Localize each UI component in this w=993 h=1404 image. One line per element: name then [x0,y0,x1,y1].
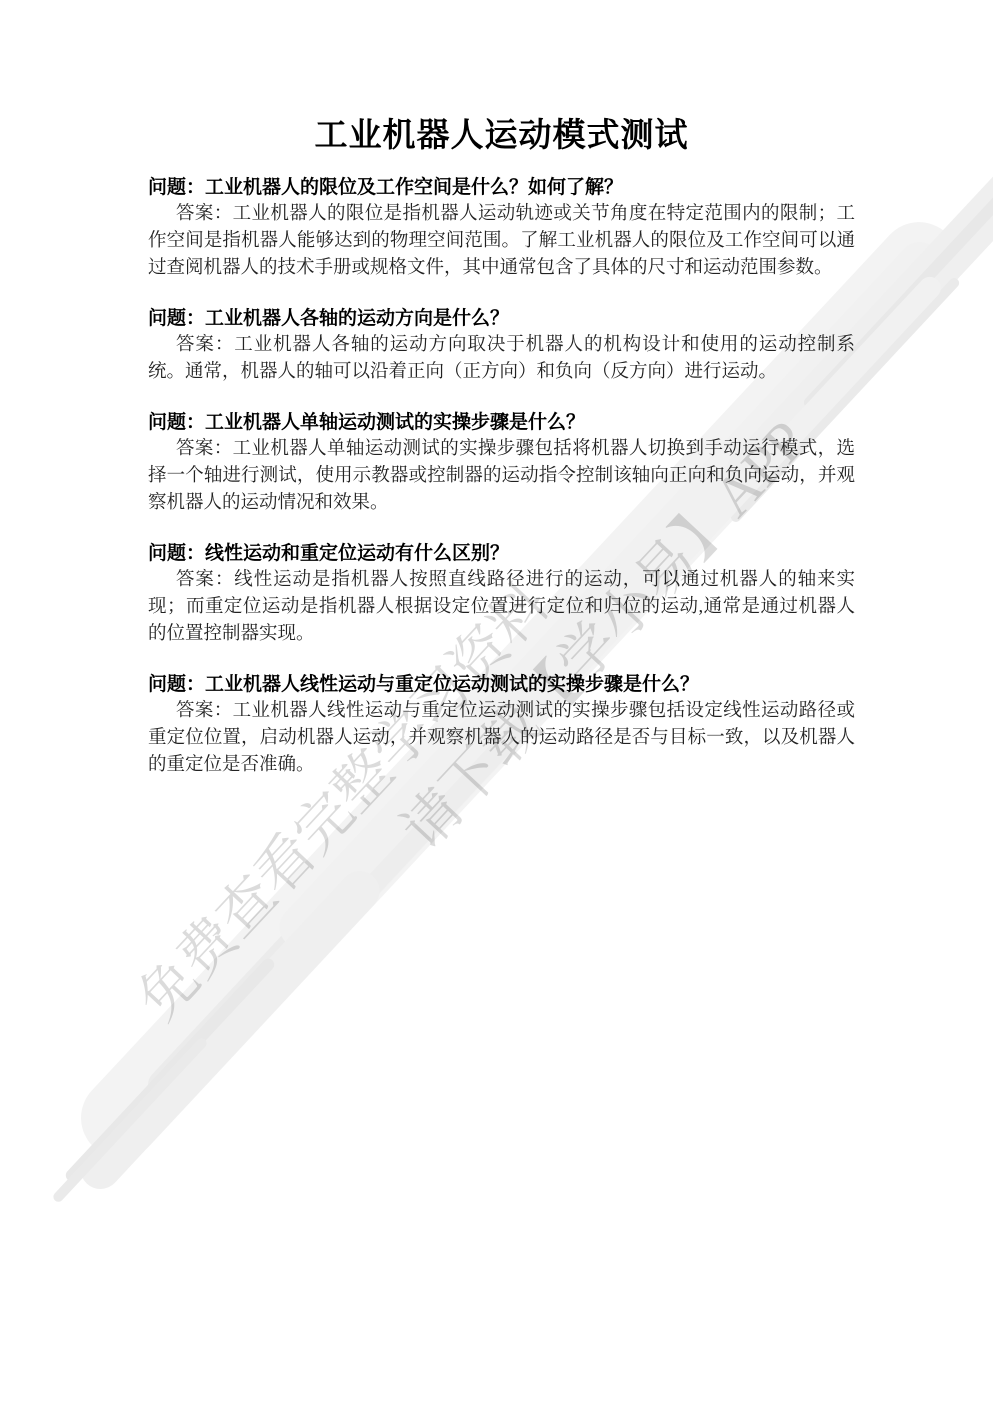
answer-text: 答案：工业机器人的限位是指机器人运动轨迹或关节角度在特定范围内的限制；工作空间是… [148,201,855,282]
question-text: 问题：工业机器人的限位及工作空间是什么？如何了解？ [148,174,855,201]
qa-section-4: 问题：线性运动和重定位运动有什么区别？ 答案：线性运动是指机器人按照直线路径进行… [148,540,855,648]
document-content: 工业机器人运动模式测试 问题：工业机器人的限位及工作空间是什么？如何了解？ 答案… [0,0,993,779]
brush-stroke [63,956,276,1184]
answer-text: 答案：线性运动是指机器人按照直线路径进行的运动，可以通过机器人的轴来实现；而重定… [148,567,855,648]
document-page: 免费查看完整学习资料 请下载【学小易】APP 工业机器人运动模式测试 问题：工业… [0,0,993,1404]
qa-section-3: 问题：工业机器人单轴运动测试的实操步骤是什么？ 答案：工业机器人单轴运动测试的实… [148,409,855,517]
page-title: 工业机器人运动模式测试 [148,112,855,158]
answer-text: 答案：工业机器人线性运动与重定位运动测试的实操步骤包括设定线性运动路径或重定位位… [148,698,855,779]
question-text: 问题：工业机器人单轴运动测试的实操步骤是什么？ [148,409,855,436]
qa-section-5: 问题：工业机器人线性运动与重定位运动测试的实操步骤是什么？ 答案：工业机器人线性… [148,671,855,779]
question-text: 问题：线性运动和重定位运动有什么区别？ [148,540,855,567]
question-text: 问题：工业机器人线性运动与重定位运动测试的实操步骤是什么？ [148,671,855,698]
qa-section-2: 问题：工业机器人各轴的运动方向是什么？ 答案：工业机器人各轴的运动方向取决于机器… [148,305,855,386]
answer-text: 答案：工业机器人单轴运动测试的实操步骤包括将机器人切换到手动运行模式，选择一个轴… [148,436,855,517]
qa-section-1: 问题：工业机器人的限位及工作空间是什么？如何了解？ 答案：工业机器人的限位是指机… [148,174,855,282]
brush-stroke [51,1036,208,1204]
brush-stroke [72,863,388,1197]
answer-text: 答案：工业机器人各轴的运动方向取决于机器人的机构设计和使用的运动控制系统。通常，… [148,332,855,386]
question-text: 问题：工业机器人各轴的运动方向是什么？ [148,305,855,332]
